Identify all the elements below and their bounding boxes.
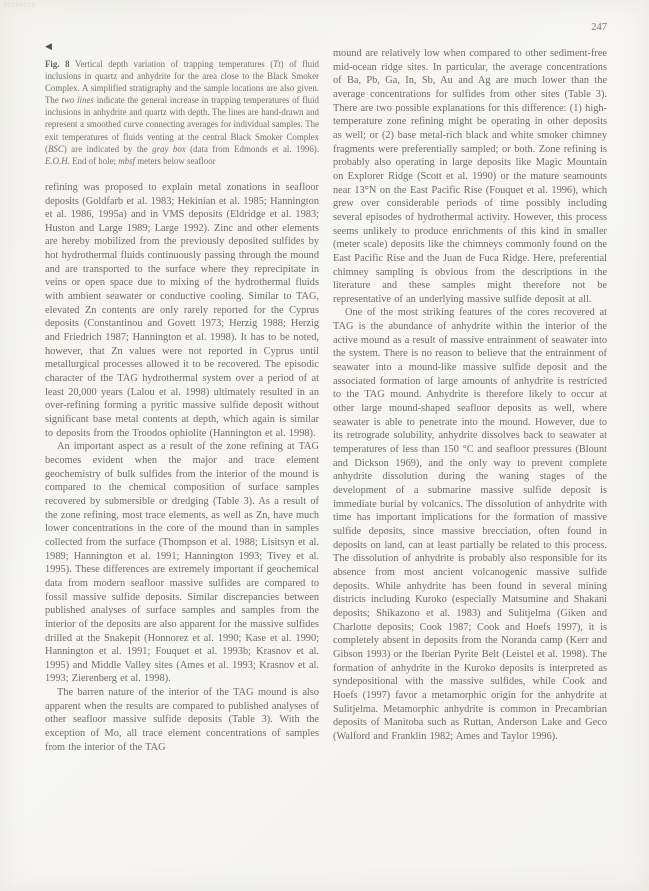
paragraph: mound are relatively low when compared t…: [333, 47, 607, 306]
caption-segment: Vertical depth variation of trapping tem…: [70, 59, 274, 69]
figure-pointer-icon: ◀: [45, 42, 319, 51]
right-column: mound are relatively low when compared t…: [333, 47, 607, 743]
page-number: 247: [591, 22, 607, 33]
paragraph: The barren nature of the interior of the…: [45, 686, 319, 754]
paragraph: An important aspect as a result of the z…: [45, 440, 319, 686]
caption-segment: Tt: [273, 59, 280, 69]
caption-segment: mbsf: [118, 156, 135, 166]
caption-segment: End of hole;: [70, 156, 118, 166]
scanned-paper-page: 00258928 247 ◀ Fig. 8 Vertical depth var…: [0, 0, 649, 891]
caption-segment: (data from Edmonds et al. 1996).: [186, 144, 319, 154]
left-column: ◀ Fig. 8 Vertical depth variation of tra…: [45, 42, 319, 754]
scan-watermark-code: 00258928: [4, 3, 36, 9]
left-column-text: refining was proposed to explain metal z…: [45, 181, 319, 755]
caption-segment: Fig. 8: [45, 59, 70, 69]
caption-segment: two lines: [62, 95, 94, 105]
caption-segment: meters below seafloor: [135, 156, 216, 166]
caption-segment: ) are indicated by the: [64, 144, 152, 154]
caption-segment: gray box: [152, 144, 186, 154]
caption-segment: E.O.H.: [45, 156, 70, 166]
right-column-text: mound are relatively low when compared t…: [333, 47, 607, 743]
paragraph: refining was proposed to explain metal z…: [45, 181, 319, 440]
caption-segment: BSC: [48, 144, 64, 154]
paragraph: One of the most striking features of the…: [333, 306, 607, 743]
figure-caption: Fig. 8 Vertical depth variation of trapp…: [45, 58, 319, 167]
